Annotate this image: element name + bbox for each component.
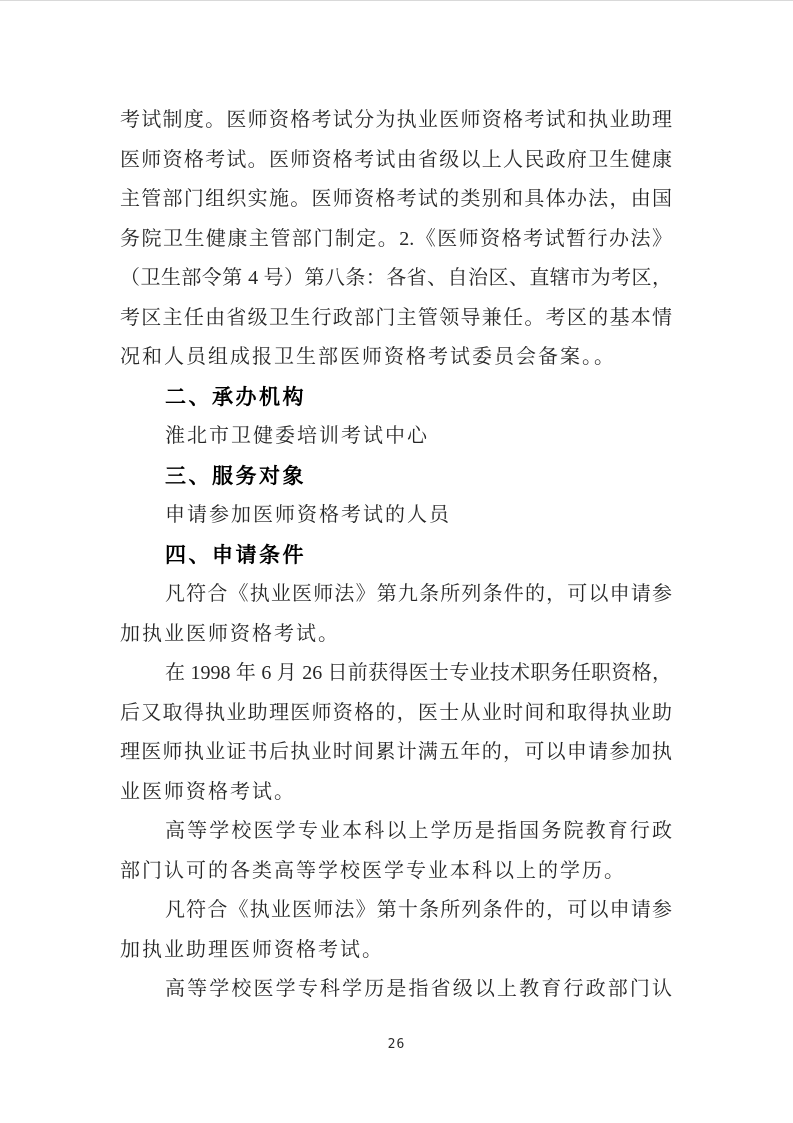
paragraph-line: 高等学校医学专科学历是指省级以上教育行政部门认 (120, 970, 672, 1010)
paragraph-line: 加执业助理医师资格考试。 (120, 931, 672, 971)
paragraph-line: 部门认可的各类高等学校医学专业本科以上的学历。 (120, 852, 672, 892)
paragraph-line: 考区主任由省级卫生行政部门主管领导兼任。考区的基本情 (120, 299, 672, 339)
document-page: 考试制度。医师资格考试分为执业医师资格考试和执业助理医师资格考试。医师资格考试由… (0, 0, 793, 1123)
paragraph-line: 在 1998 年 6 月 26 日前获得医士专业技术职务任职资格， (120, 654, 672, 694)
paragraph-line: （卫生部令第 4 号）第八条：各省、自治区、直辖市为考区， (120, 259, 672, 299)
paragraph-line: 加执业医师资格考试。 (120, 615, 672, 655)
page-footer: 26 (0, 1037, 793, 1052)
paragraph-line: 高等学校医学专业本科以上学历是指国务院教育行政 (120, 812, 672, 852)
paragraph-line: 务院卫生健康主管部门制定。2.《医师资格考试暂行办法》 (120, 220, 672, 260)
paragraph-line: 后又取得执业助理医师资格的，医士从业时间和取得执业助 (120, 694, 672, 734)
page-number: 26 (388, 1037, 406, 1052)
paragraph-line: 考试制度。医师资格考试分为执业医师资格考试和执业助理 (120, 101, 672, 141)
paragraph-line: 淮北市卫健委培训考试中心 (120, 417, 672, 457)
paragraph-line: 申请参加医师资格考试的人员 (120, 496, 672, 536)
document-body: 考试制度。医师资格考试分为执业医师资格考试和执业助理医师资格考试。医师资格考试由… (120, 101, 672, 1010)
paragraph-line: 医师资格考试。医师资格考试由省级以上人民政府卫生健康 (120, 141, 672, 181)
section-heading: 四、申请条件 (120, 536, 672, 576)
paragraph-line: 凡符合《执业医师法》第九条所列条件的，可以申请参 (120, 575, 672, 615)
paragraph-line: 业医师资格考试。 (120, 773, 672, 813)
paragraph-line: 凡符合《执业医师法》第十条所列条件的，可以申请参 (120, 891, 672, 931)
paragraph-line: 况和人员组成报卫生部医师资格考试委员会备案。。 (120, 338, 672, 378)
section-heading: 三、服务对象 (120, 457, 672, 497)
section-heading: 二、承办机构 (120, 378, 672, 418)
paragraph-line: 理医师执业证书后执业时间累计满五年的，可以申请参加执 (120, 733, 672, 773)
paragraph-line: 主管部门组织实施。医师资格考试的类别和具体办法，由国 (120, 180, 672, 220)
